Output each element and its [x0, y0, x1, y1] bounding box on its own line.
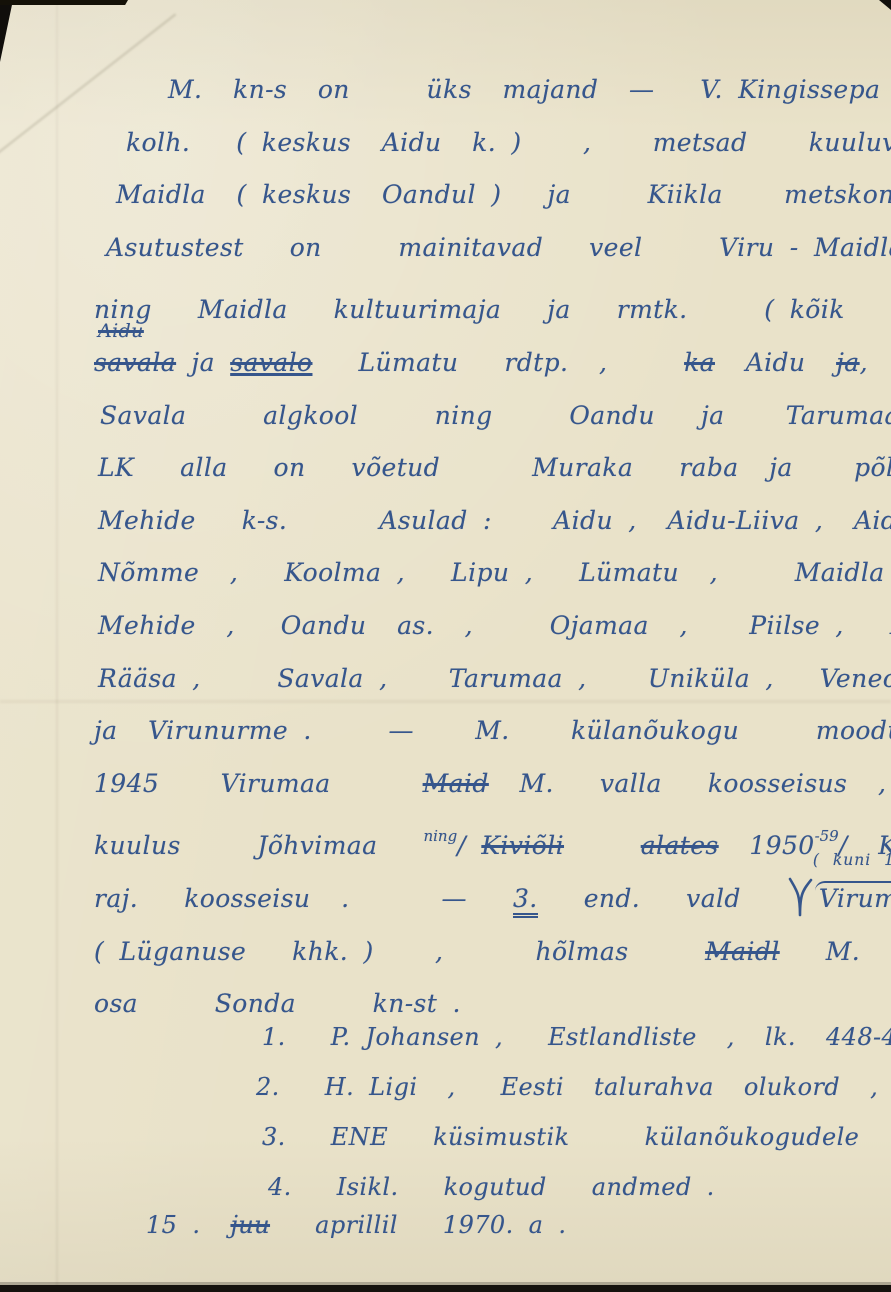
- handwritten-text: ( Lüganuse khk. ) , hõlmas: [94, 937, 705, 966]
- struck-text: Maid: [423, 769, 489, 798]
- handwritten-line: Savala algkool ning Oandu ja Tarumaa rmt…: [0, 390, 891, 443]
- date-line: 15 . juu aprillil 1970. a .: [0, 1200, 891, 1250]
- handwritten-text: Asutustest on mainitavad veel Viru - Mai…: [106, 233, 891, 262]
- handwritten-text: /: [457, 831, 481, 860]
- footnote-line: 1. P. Johansen , Estlandliste , lk. 448-…: [0, 1012, 891, 1062]
- handwritten-text: LK alla on võetud Muraka raba ja põlised…: [98, 453, 891, 482]
- handwritten-text: kuulus Jõhvimaa: [94, 831, 423, 860]
- inserted-word-group: ( kuni 1950 )Virumaal: [787, 877, 891, 917]
- handwritten-text: 1945 Virumaa: [94, 769, 423, 798]
- handwritten-line: Rääsa , Savala , Tarumaa , Uniküla , Ven…: [0, 653, 891, 706]
- handwritten-text: Mehide , Oandu as. , Ojamaa , Piilse , R…: [98, 611, 891, 640]
- handwritten-text: 1950: [719, 831, 815, 860]
- handwritten-line: Asutustest on mainitavad veel Viru - Mai…: [0, 222, 891, 285]
- scan-edge-top: [0, 0, 128, 5]
- double-underlined-text: 3.: [513, 884, 538, 918]
- handwritten-line: kolh. ( keskus Aidu k. ) , metsad kuuluv…: [0, 117, 891, 170]
- handwritten-text: Mehide k-s. Asulad : Aidu , Aidu-Liiva ,…: [98, 506, 891, 535]
- handwritten-text: ja: [176, 348, 230, 377]
- handwritten-text: [564, 831, 641, 860]
- footnote-line: 3. ENE küsimustik külanõukogudele .: [0, 1112, 891, 1162]
- struck-text: Maidl: [705, 937, 780, 966]
- handwritten-text: M. valla koosseisus ,: [489, 769, 887, 798]
- handwritten-text: Nõmme , Koolma , Lipu , Lümatu , Maidla …: [98, 558, 891, 587]
- handwritten-text: , Oandu ja: [860, 348, 891, 377]
- handwritten-text: 2. H. Ligi , Eesti talurahva olukord , l…: [256, 1073, 891, 1101]
- handwritten-text: ning Maidla kultuurimaja ja rmtk. ( kõik…: [94, 295, 891, 324]
- handwritten-text: ja Virunurme . — M. külanõukogu moodusta…: [94, 716, 891, 745]
- handwritten-text: Lümatu rdtp. ,: [312, 348, 684, 377]
- struck-text: alates: [641, 831, 719, 860]
- handwritten-text: Savala algkool ning Oandu ja Tarumaa rmt…: [100, 401, 891, 430]
- struck-text-with-struck-word-above: savalaAidu: [94, 348, 176, 377]
- handwritten-text: M. ning: [780, 937, 891, 966]
- handwritten-text: M. kn-s on üks majand — V. Kingissepa ni…: [168, 75, 891, 104]
- insertion-mark-icon: [787, 877, 813, 917]
- overlined-text: Virumaal: [815, 881, 891, 911]
- struck-text: Kiviõli: [481, 831, 564, 860]
- struck-text: ja: [836, 348, 859, 377]
- handwritten-line: savalaAidu ja savalo Lümatu rdtp. , ka A…: [0, 337, 891, 390]
- footnote-line: 2. H. Ligi , Eesti talurahva olukord , l…: [0, 1062, 891, 1112]
- handwritten-line: ja Virunurme . — M. külanõukogu moodusta…: [0, 705, 891, 758]
- handwritten-line: raj. koosseisu . — 3. end. vald ( kuni 1…: [0, 873, 891, 926]
- handwritten-line: 1945 Virumaa Maid M. valla koosseisus ,: [0, 758, 891, 811]
- superscript-text: -59: [815, 827, 839, 845]
- handwritten-text: aprillil 1970. a .: [270, 1211, 566, 1239]
- annotation-text: ( kuni 1950 ): [813, 853, 891, 869]
- date-line-text: 15 . juu aprillil 1970. a .: [0, 1200, 891, 1250]
- scan-edge-top-right: [879, 0, 891, 10]
- struck-text-above: Aidu: [98, 322, 144, 341]
- superscript-text: ning: [423, 827, 457, 845]
- struck-text: ka: [684, 348, 715, 377]
- manuscript-scan: M. kn-s on üks majand — V. Kingissepa ni…: [0, 0, 891, 1292]
- handwritten-text: raj. koosseisu . —: [94, 884, 513, 913]
- handwritten-text: 1. P. Johansen , Estlandliste , lk. 448-…: [262, 1023, 891, 1051]
- handwritten-line: kuulus Jõhvimaa ning/ Kiviõli alates 195…: [0, 810, 891, 873]
- handwritten-line: Maidla ( keskus Oandul ) ja Kiikla metsk…: [0, 169, 891, 222]
- handwritten-line: Nõmme , Koolma , Lipu , Lümatu , Maidla …: [0, 547, 891, 600]
- handwritten-text: Aidu: [715, 348, 836, 377]
- struck-text: juu: [230, 1211, 270, 1239]
- handwritten-line: M. kn-s on üks majand — V. Kingissepa ni…: [0, 64, 891, 117]
- scan-edge-bottom: [0, 1285, 891, 1292]
- handwritten-text: 3. ENE küsimustik külanõukogudele .: [262, 1123, 891, 1151]
- footnotes: 1. P. Johansen , Estlandliste , lk. 448-…: [0, 1012, 891, 1212]
- handwritten-line: Mehide k-s. Asulad : Aidu , Aidu-Liiva ,…: [0, 495, 891, 548]
- handwritten-text: Maidla ( keskus Oandul ) ja Kiikla metsk…: [116, 180, 891, 209]
- handwritten-line: ( Lüganuse khk. ) , hõlmas Maidl M. ning: [0, 926, 891, 979]
- handwritten-text: kolh. ( keskus Aidu k. ) , metsad kuuluv…: [126, 128, 891, 157]
- manuscript-body: M. kn-s on üks majand — V. Kingissepa ni…: [0, 64, 891, 1031]
- handwritten-text: end. vald: [538, 884, 787, 913]
- handwritten-text: 15 .: [146, 1211, 230, 1239]
- handwritten-line: LK alla on võetud Muraka raba ja põlised…: [0, 442, 891, 495]
- handwritten-text: 4. Isikl. kogutud andmed .: [268, 1173, 715, 1201]
- handwritten-line: Mehide , Oandu as. , Ojamaa , Piilse , R…: [0, 600, 891, 653]
- handwritten-text: Rääsa , Savala , Tarumaa , Uniküla , Ven…: [98, 664, 891, 693]
- struck-underlined-text: savalo: [230, 348, 312, 377]
- scan-edge-top-left: [0, 0, 13, 62]
